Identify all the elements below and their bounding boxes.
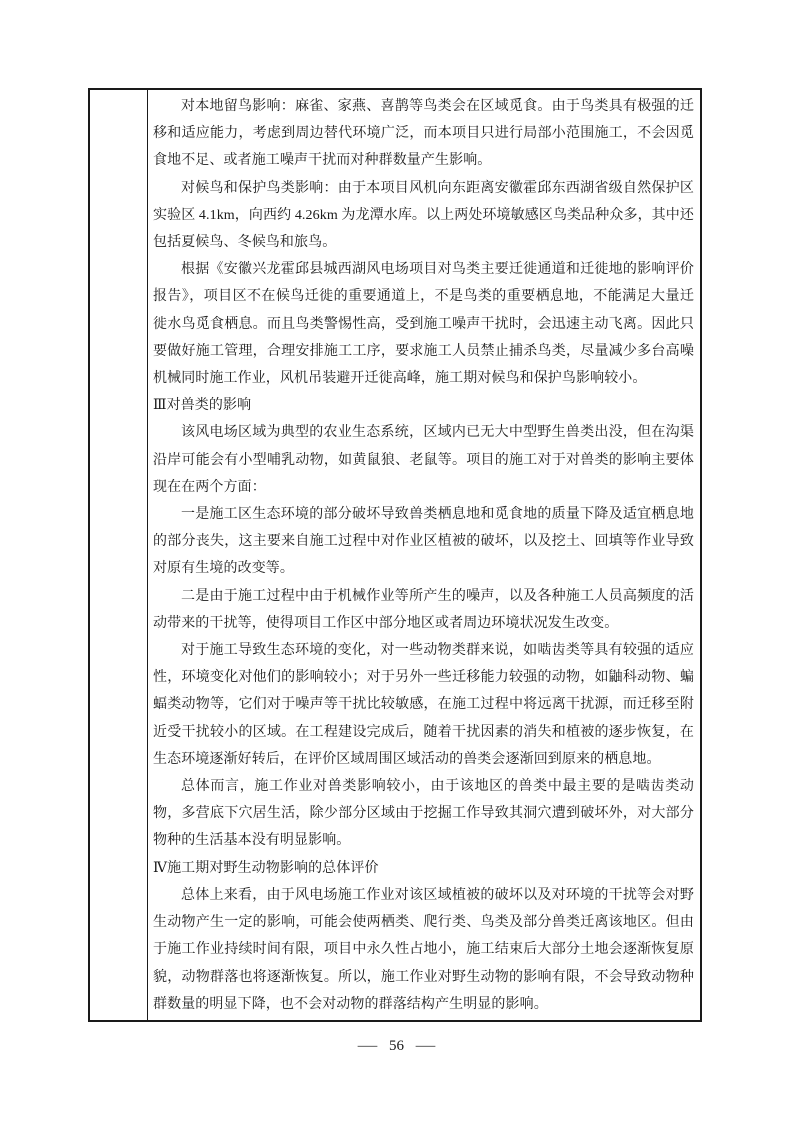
paragraph: 一是施工区生态环境的部分破坏导致兽类栖息地和觅食地的质量下降及适宜栖息地的部分丧… — [153, 501, 694, 583]
paragraph: 根据《安徽兴龙霍邱县城西湖风电场项目对鸟类主要迁徙通道和迁徙地的影响评价报告》，… — [153, 256, 694, 392]
report-table: 对本地留鸟影响：麻雀、家燕、喜鹊等鸟类会在区域觅食。由于鸟类具有极强的迁移和适应… — [88, 88, 702, 1022]
paragraph: 二是由于施工过程中由于机械作业等所产生的噪声，以及各种施工人员高频度的活动带来的… — [153, 583, 694, 637]
footer-dash-left: — — [358, 1038, 378, 1055]
paragraph: 总体上来看，由于风电场施工作业对该区域植被的破坏以及对环境的干扰等会对野生动物产… — [153, 882, 694, 1018]
paragraph: 该风电场区域为典型的农业生态系统，区域内已无大中型野生兽类出没，但在沟渠沿岸可能… — [153, 419, 694, 501]
paragraph: 对于施工导致生态环境的变化，对一些动物类群来说，如啮齿类等具有较强的适应性，环境… — [153, 637, 694, 773]
paragraph: 对本地留鸟影响：麻雀、家燕、喜鹊等鸟类会在区域觅食。由于鸟类具有极强的迁移和适应… — [153, 93, 694, 175]
section-heading: Ⅳ施工期对野生动物影响的总体评价 — [153, 855, 694, 882]
page-footer: —56— — [0, 1038, 793, 1055]
table-left-column-empty — [90, 90, 148, 1020]
document-page: 对本地留鸟影响：麻雀、家燕、喜鹊等鸟类会在区域觅食。由于鸟类具有极强的迁移和适应… — [0, 0, 793, 1122]
paragraph: 对候鸟和保护鸟类影响：由于本项目风机向东距离安徽霍邱东西湖省级自然保护区实验区 … — [153, 175, 694, 257]
paragraph-list: 对本地留鸟影响：麻雀、家燕、喜鹊等鸟类会在区域觅食。由于鸟类具有极强的迁移和适应… — [153, 93, 694, 1018]
paragraph: 总体而言，施工作业对兽类影响较小，由于该地区的兽类中最主要的是啮齿类动物，多营底… — [153, 773, 694, 855]
page-number: 56 — [389, 1038, 404, 1055]
footer-dash-right: — — [416, 1038, 436, 1055]
table-content-column: 对本地留鸟影响：麻雀、家燕、喜鹊等鸟类会在区域觅食。由于鸟类具有极强的迁移和适应… — [148, 90, 700, 1020]
section-heading: Ⅲ对兽类的影响 — [153, 392, 694, 419]
